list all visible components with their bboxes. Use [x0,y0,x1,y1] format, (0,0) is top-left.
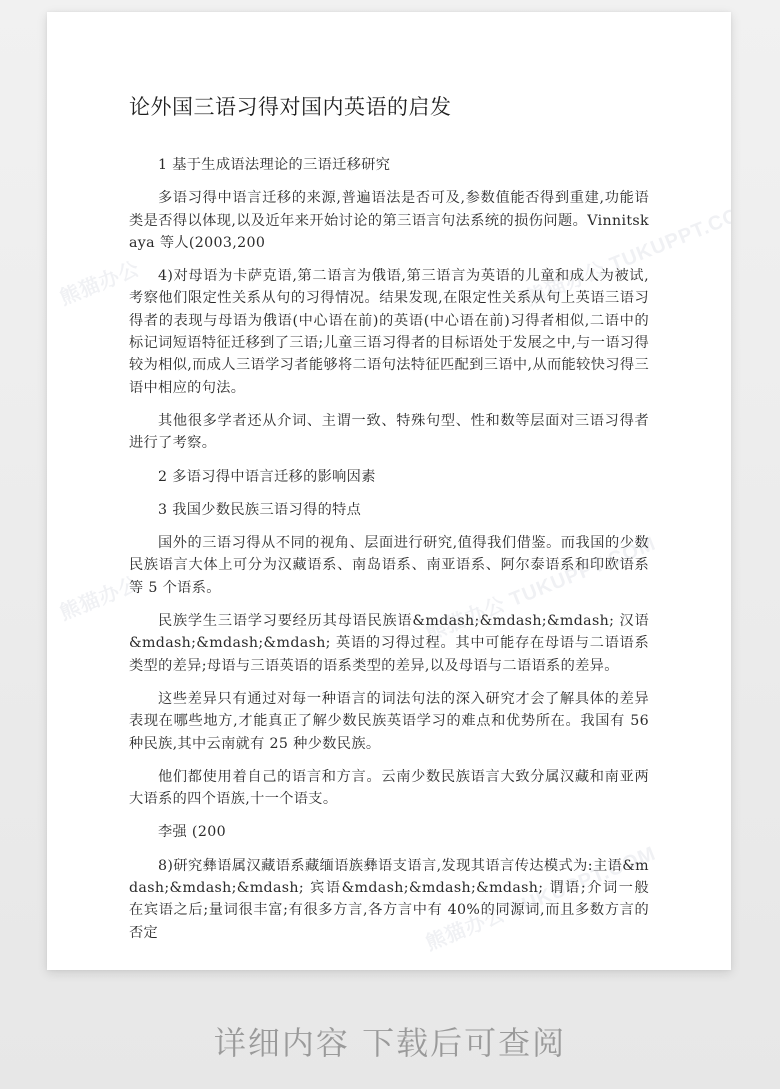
paragraph: 多语习得中语言迁移的来源,普遍语法是否可及,参数值能否得到重建,功能语类是否得以… [129,187,649,254]
document-title: 论外国三语习得对国内英语的启发 [129,90,649,124]
paragraph: 4)对母语为卡萨克语,第二语言为俄语,第三语言为英语的儿童和成人为被试,考察他们… [129,265,649,399]
paragraph: 这些差异只有通过对每一种语言的词法句法的深入研究才会了解具体的差异表现在哪些地方… [129,688,649,755]
paragraph: 国外的三语习得从不同的视角、层面进行研究,值得我们借鉴。而我国的少数民族语言大体… [129,532,649,599]
paragraph: 8)研究彝语属汉藏语系藏缅语族彝语支语言,发现其语言传达模式为:主语&mdash… [129,855,649,944]
citation-line: 李强 (200 [129,821,649,843]
document-page: 熊猫办公 TUKUPPT.COM 熊猫办公 TUKUPPT.COM 熊猫办公 熊… [47,12,731,970]
paragraph: 其他很多学者还从介词、主谓一致、特殊句型、性和数等层面对三语习得者进行了考察。 [129,410,649,455]
paragraph: 民族学生三语学习要经历其母语民族语&mdash;&mdash;&mdash; 汉… [129,610,649,677]
section-heading-1: 1 基于生成语法理论的三语迁移研究 [129,154,649,176]
paragraph: 他们都使用着自己的语言和方言。云南少数民族语言大致分属汉藏和南亚两大语系的四个语… [129,766,649,811]
section-heading-3: 3 我国少数民族三语习得的特点 [129,499,649,521]
document-body: 论外国三语习得对国内英语的启发 1 基于生成语法理论的三语迁移研究 多语习得中语… [129,90,649,955]
download-prompt[interactable]: 详细内容 下载后可查阅 [0,1018,780,1064]
section-heading-2: 2 多语习得中语言迁移的影响因素 [129,466,649,488]
